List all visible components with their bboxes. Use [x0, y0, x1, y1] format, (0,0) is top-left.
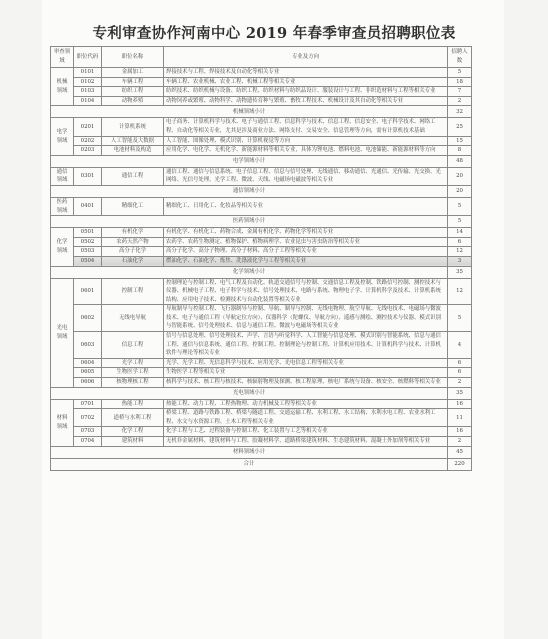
position-name: 石油化学: [102, 256, 164, 266]
hiring-count: 11: [448, 409, 472, 427]
major-direction: 有机化学、有机化工、药物合成、金属有机化学、药物化学等相关专业: [164, 228, 448, 238]
position-code: 0502: [74, 237, 102, 247]
subtotal-row: 材料领域小计45: [51, 446, 472, 458]
table-row: 0702道桥与水利工程桥梁工程、道路与铁路工程、桥梁与隧道工程、交通运输工程、水…: [51, 409, 472, 427]
table-row: 电学领域0201计算机系统电子商务、计算机科学与技术、电子与通信工程、信息科学与…: [51, 118, 472, 136]
total-label: 合计: [51, 458, 448, 470]
position-code: 0606: [74, 378, 102, 388]
table-row: 0703化学工程化学工程与工艺、过程装备与控制工程、化工装置与工艺等相关专业16: [51, 427, 472, 437]
major-direction: 光学、光学工程、光信息科学与技术、应用光学、光电信息工程等相关专业: [164, 358, 448, 368]
major-direction: 热能工程、动力工程、工程热物理、动力机械及工程等相关专业: [164, 399, 448, 409]
position-name: 生物医学工程: [102, 368, 164, 378]
subtotal-count: 48: [448, 155, 472, 167]
hiring-count: 25: [448, 118, 472, 136]
subtotal-row: 光电领域小计35: [51, 387, 472, 399]
table-row: 0503高分子化学高分子化学、高分子物理、高分子材料、高分子工程等相关专业12: [51, 247, 472, 257]
position-name: 道桥与水利工程: [102, 409, 164, 427]
table-row: 医药领域0401精细化工精细化工、日用化工、化妆品等相关专业5: [51, 197, 472, 215]
major-direction: 纺织技术、纺织机械与设备、纺织工程、纺织材料与纺织品设计、服装设计与工程、非织造…: [164, 87, 448, 97]
subtotal-count: 35: [448, 387, 472, 399]
subtotal-count: 32: [448, 106, 472, 118]
table-row: 机械领域0101金属加工焊接技术与工程、焊接技术及自动化等相关专业5: [51, 68, 472, 78]
domain-cell: 通信领域: [51, 167, 74, 185]
total-row: 合计 220: [51, 458, 472, 470]
header-domain: 审查领域: [51, 47, 74, 68]
major-direction: 焊接技术与工程、焊接技术及自动化等相关专业: [164, 68, 448, 78]
table-row: 0102车辆工程车辆工程、农业机械、农业工程、机械工程等相关专业18: [51, 77, 472, 87]
hiring-count: 5: [448, 68, 472, 78]
table-row: 0103纺织工程纺织技术、纺织机械与设备、纺织工程、纺织材料与纺织品设计、服装设…: [51, 87, 472, 97]
subtotal-label: 医药领域小计: [51, 216, 448, 228]
position-name: 光学工程: [102, 358, 164, 368]
position-code: 0201: [74, 118, 102, 136]
hiring-count: 2: [448, 378, 472, 388]
table-row: 0202人工智能及大数据人工智能、图像处理、模式识别、计算机视觉等方向15: [51, 136, 472, 146]
table-header-row: 审查领域 职位代码 职位名称 专业及方向 招聘人数: [51, 47, 472, 68]
hiring-count: 14: [448, 228, 472, 238]
table-row: 0104动物养殖动物饲养或繁殖、动物科学、动物遗传育种与繁殖、畜牧工程技术、机械…: [51, 96, 472, 106]
subtotal-row: 机械领域小计32: [51, 106, 472, 118]
subtotal-row: 通信领域小计20: [51, 185, 472, 197]
major-direction: 人工智能、图像处理、模式识别、计算机视觉等方向: [164, 136, 448, 146]
hiring-count: 6: [448, 358, 472, 368]
domain-cell: 电学领域: [51, 118, 74, 155]
hiring-count: 18: [448, 77, 472, 87]
subtotal-label: 材料领域小计: [51, 446, 448, 458]
position-name: 信息工程: [102, 332, 164, 359]
table-row: 化学领域0501有机化学有机化学、有机化工、药物合成、金属有机化学、药物化学等相…: [51, 228, 472, 238]
header-code: 职位代码: [74, 47, 102, 68]
position-code: 0703: [74, 427, 102, 437]
subtotal-label: 通信领域小计: [51, 185, 448, 197]
position-name: 农药天然产物: [102, 237, 164, 247]
header-major: 专业及方向: [164, 47, 448, 68]
page-title: 专利审查协作河南中心 2019 年春季审查员招聘职位表: [0, 22, 548, 43]
table-row: 0502农药天然产物农药学、农药生物测定、植物保护、植物病理学、农业昆虫与害虫防…: [51, 237, 472, 247]
subtotal-label: 光电领域小计: [51, 387, 448, 399]
position-code: 0605: [74, 368, 102, 378]
position-code: 0503: [74, 247, 102, 257]
subtotal-count: 35: [448, 266, 472, 278]
subtotal-count: 20: [448, 185, 472, 197]
domain-cell: 医药领域: [51, 197, 74, 215]
table-row: 通信领域0301通信工程通信工程、通信与信息系统、电子信息工程、信息与信号处理、…: [51, 167, 472, 185]
position-name: 精细化工: [102, 197, 164, 215]
table-row: 0704建筑材料无机非金属材料、建筑材料与工程、胶凝材料学、道路桥梁建筑材料、生…: [51, 437, 472, 447]
major-direction: 化学工程与工艺、过程装备与控制工程、化工装置与工艺等相关专业: [164, 427, 448, 437]
table-row: 0504石油化学燃油化学、石油化学、炼焦、洗涤液化学与工程等相关专业3: [51, 256, 472, 266]
domain-cell: 化学领域: [51, 228, 74, 266]
position-name: 通信工程: [102, 167, 164, 185]
position-name: 无线电导航: [102, 305, 164, 332]
major-direction: 通信工程、通信与信息系统、电子信息工程、信息与信号处理、无线通信、移动通信、光通…: [164, 167, 448, 185]
position-code: 0603: [74, 332, 102, 359]
table-row: 0604光学工程光学、光学工程、光信息科学与技术、应用光学、光电信息工程等相关专…: [51, 358, 472, 368]
subtotal-count: 5: [448, 216, 472, 228]
hiring-count: 6: [448, 368, 472, 378]
hiring-count: 3: [448, 256, 472, 266]
hiring-count: 12: [448, 278, 472, 305]
job-positions-table: 审查领域 职位代码 职位名称 专业及方向 招聘人数 机械领域0101金属加工焊接…: [50, 46, 472, 471]
domain-cell: 光电领域: [51, 278, 74, 387]
hiring-count: 2: [448, 96, 472, 106]
table-row: 0603信息工程信号与信息处理、信号处理技术、声学、言语与听觉科学、人工智能与信…: [51, 332, 472, 359]
position-code: 0701: [74, 399, 102, 409]
hiring-count: 12: [448, 247, 472, 257]
position-code: 0602: [74, 305, 102, 332]
major-direction: 信号与信息处理、信号处理技术、声学、言语与听觉科学、人工智能与信息处理、模式识别…: [164, 332, 448, 359]
position-name: 金属加工: [102, 68, 164, 78]
major-direction: 无机非金属材料、建筑材料与工程、胶凝材料学、道路桥梁建筑材料、生态建筑材料、混凝…: [164, 437, 448, 447]
subtotal-count: 45: [448, 446, 472, 458]
position-code: 0103: [74, 87, 102, 97]
subtotal-label: 化学领域小计: [51, 266, 448, 278]
header-name: 职位名称: [102, 47, 164, 68]
table-row: 光电领域0601控制工程控制理论与控制工程、电气工程及自动化、轨道交通信号与控制…: [51, 278, 472, 305]
hiring-count: 5: [448, 305, 472, 332]
position-code: 0702: [74, 409, 102, 427]
subtotal-row: 化学领域小计35: [51, 266, 472, 278]
position-code: 0604: [74, 358, 102, 368]
major-direction: 燃油化学、石油化学、炼焦、洗涤液化学与工程等相关专业: [164, 256, 448, 266]
major-direction: 电子商务、计算机科学与技术、电子与通信工程、信息科学与技术、信息工程、信息安全、…: [164, 118, 448, 136]
table-row: 0203电池材料及构造应用化学、电化学、无机化学、新能源材料等相关专业，具体为锂…: [51, 146, 472, 156]
major-direction: 生物医学工程等相关专业: [164, 368, 448, 378]
position-name: 高分子化学: [102, 247, 164, 257]
table-row: 材料领域0701热能工程热能工程、动力工程、工程热物理、动力机械及工程等相关专业…: [51, 399, 472, 409]
subtotal-row: 医药领域小计5: [51, 216, 472, 228]
table-body: 机械领域0101金属加工焊接技术与工程、焊接技术及自动化等相关专业50102车辆…: [51, 68, 472, 459]
position-name: 电池材料及构造: [102, 146, 164, 156]
position-name: 计算机系统: [102, 118, 164, 136]
position-code: 0102: [74, 77, 102, 87]
hiring-count: 2: [448, 437, 472, 447]
position-name: 动物养殖: [102, 96, 164, 106]
subtotal-label: 电学领域小计: [51, 155, 448, 167]
major-direction: 车辆工程、农业机械、农业工程、机械工程等相关专业: [164, 77, 448, 87]
position-code: 0401: [74, 197, 102, 215]
position-name: 化学工程: [102, 427, 164, 437]
position-code: 0504: [74, 256, 102, 266]
major-direction: 高分子化学、高分子物理、高分子材料、高分子工程等相关专业: [164, 247, 448, 257]
position-code: 0501: [74, 228, 102, 238]
major-direction: 控制理论与控制工程、电气工程及自动化、轨道交通信号与控制、交通信息工程及控制、铁…: [164, 278, 448, 305]
hiring-count: 4: [448, 332, 472, 359]
hiring-count: 16: [448, 399, 472, 409]
hiring-count: 16: [448, 427, 472, 437]
major-direction: 农药学、农药生物测定、植物保护、植物病理学、农业昆虫与害虫防治等相关专业: [164, 237, 448, 247]
position-code: 0202: [74, 136, 102, 146]
position-name: 建筑材料: [102, 437, 164, 447]
position-name: 纺织工程: [102, 87, 164, 97]
hiring-count: 7: [448, 87, 472, 97]
hiring-count: 6: [448, 237, 472, 247]
major-direction: 核科学与技术、核工程与核技术、核辐射物理及探测、核工程原理、核电厂系统与设备、核…: [164, 378, 448, 388]
subtotal-row: 电学领域小计48: [51, 155, 472, 167]
domain-cell: 机械领域: [51, 68, 74, 106]
position-code: 0301: [74, 167, 102, 185]
major-direction: 精细化工、日用化工、化妆品等相关专业: [164, 197, 448, 215]
header-count: 招聘人数: [448, 47, 472, 68]
position-code: 0101: [74, 68, 102, 78]
major-direction: 桥梁工程、道路与铁路工程、桥梁与隧道工程、交通运输工程、水利工程、水工结构、水利…: [164, 409, 448, 427]
domain-cell: 材料领域: [51, 399, 74, 446]
major-direction: 导航制导与控制工程、飞行器制导与控制、导航、制导与控制、无线电物理、航空导航、无…: [164, 305, 448, 332]
subtotal-label: 机械领域小计: [51, 106, 448, 118]
hiring-count: 20: [448, 167, 472, 185]
position-name: 控制工程: [102, 278, 164, 305]
position-code: 0704: [74, 437, 102, 447]
position-name: 有机化学: [102, 228, 164, 238]
position-code: 0203: [74, 146, 102, 156]
hiring-count: 15: [448, 136, 472, 146]
position-name: 人工智能及大数据: [102, 136, 164, 146]
table-row: 0606核物理核工程核科学与技术、核工程与核技术、核辐射物理及探测、核工程原理、…: [51, 378, 472, 388]
table-row: 0605生物医学工程生物医学工程等相关专业6: [51, 368, 472, 378]
major-direction: 应用化学、电化学、无机化学、新能源材料等相关专业，具体为锂电池、燃料电池、电池储…: [164, 146, 448, 156]
table-row: 0602无线电导航导航制导与控制工程、飞行器制导与控制、导航、制导与控制、无线电…: [51, 305, 472, 332]
hiring-count: 8: [448, 146, 472, 156]
position-code: 0104: [74, 96, 102, 106]
hiring-count: 5: [448, 197, 472, 215]
position-name: 热能工程: [102, 399, 164, 409]
position-name: 核物理核工程: [102, 378, 164, 388]
total-count: 220: [448, 458, 472, 470]
position-name: 车辆工程: [102, 77, 164, 87]
position-code: 0601: [74, 278, 102, 305]
major-direction: 动物饲养或繁殖、动物科学、动物遗传育种与繁殖、畜牧工程技术、机械设计及其自动化等…: [164, 96, 448, 106]
